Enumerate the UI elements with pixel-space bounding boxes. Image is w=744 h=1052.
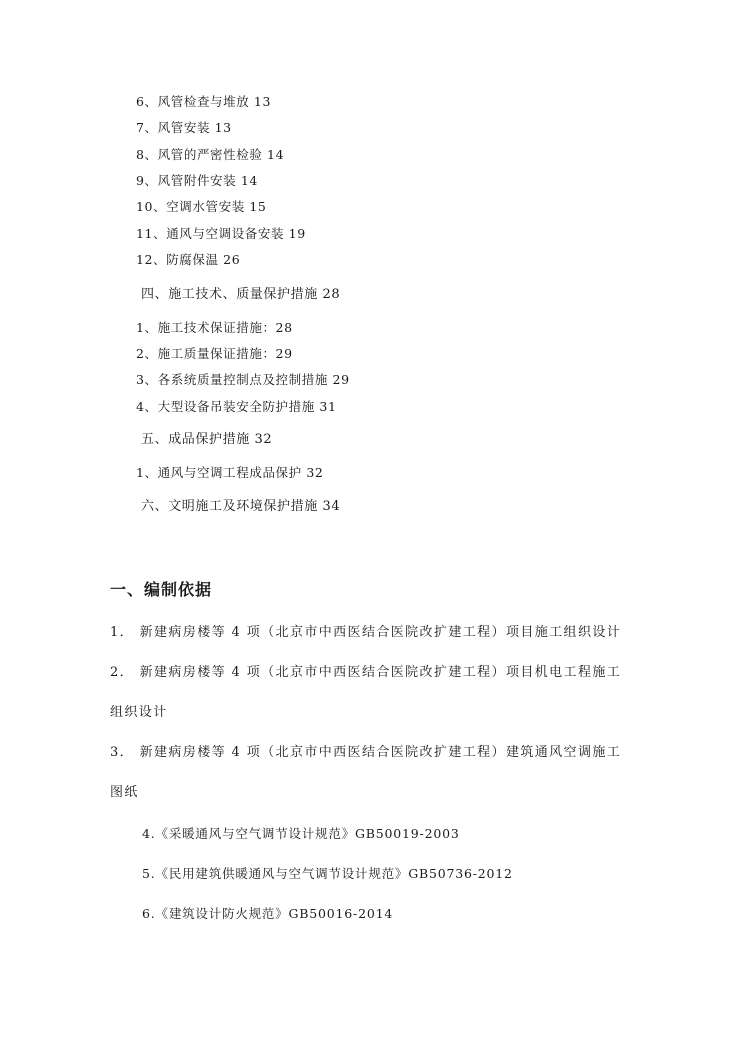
toc-item: 1、施工技术保证措施：28 xyxy=(136,320,293,336)
toc-section-4: 四、施工技术、质量保护措施 28 xyxy=(141,287,340,303)
basis-item-1: 1． 新建病房楼等 4 项（北京市中西医结合医院改扩建工程）项目施工组织设计 xyxy=(110,625,621,641)
spec-item-6: 6.《建筑设计防火规范》GB50016-2014 xyxy=(142,906,393,922)
chapter-heading: 一、编制依据 xyxy=(110,580,212,600)
toc-item: 7、风管安装 13 xyxy=(136,120,232,136)
toc-item: 1、通风与空调工程成品保护 32 xyxy=(136,465,323,481)
toc-item: 9、风管附件安装 14 xyxy=(136,173,258,189)
toc-item: 12、防腐保温 26 xyxy=(136,252,240,268)
toc-item: 11、通风与空调设备安装 19 xyxy=(136,226,306,242)
spec-item-4: 4.《采暖通风与空气调节设计规范》GB50019-2003 xyxy=(142,826,460,842)
toc-item: 6、风管检查与堆放 13 xyxy=(136,94,271,110)
toc-section-5: 五、成品保护措施 32 xyxy=(141,432,272,448)
basis-item-2: 2． 新建病房楼等 4 项（北京市中西医结合医院改扩建工程）项目机电工程施工 xyxy=(110,665,621,681)
toc-item: 4、大型设备吊装安全防护措施 31 xyxy=(136,399,337,415)
toc-item: 3、各系统质量控制点及控制措施 29 xyxy=(136,372,350,388)
document-page: 6、风管检查与堆放 13 7、风管安装 13 8、风管的严密性检验 14 9、风… xyxy=(0,0,744,1052)
basis-item-3: 3． 新建病房楼等 4 项（北京市中西医结合医院改扩建工程）建筑通风空调施工 xyxy=(110,745,621,761)
toc-item: 10、空调水管安装 15 xyxy=(136,199,267,215)
basis-item-3-cont: 图纸 xyxy=(110,785,139,801)
spec-item-5: 5.《民用建筑供暖通风与空气调节设计规范》GB50736-2012 xyxy=(142,866,513,882)
toc-item: 8、风管的严密性检验 14 xyxy=(136,147,284,163)
toc-section-6: 六、文明施工及环境保护措施 34 xyxy=(141,499,340,515)
toc-item: 2、施工质量保证措施：29 xyxy=(136,346,293,362)
basis-item-2-cont: 组织设计 xyxy=(110,705,168,721)
